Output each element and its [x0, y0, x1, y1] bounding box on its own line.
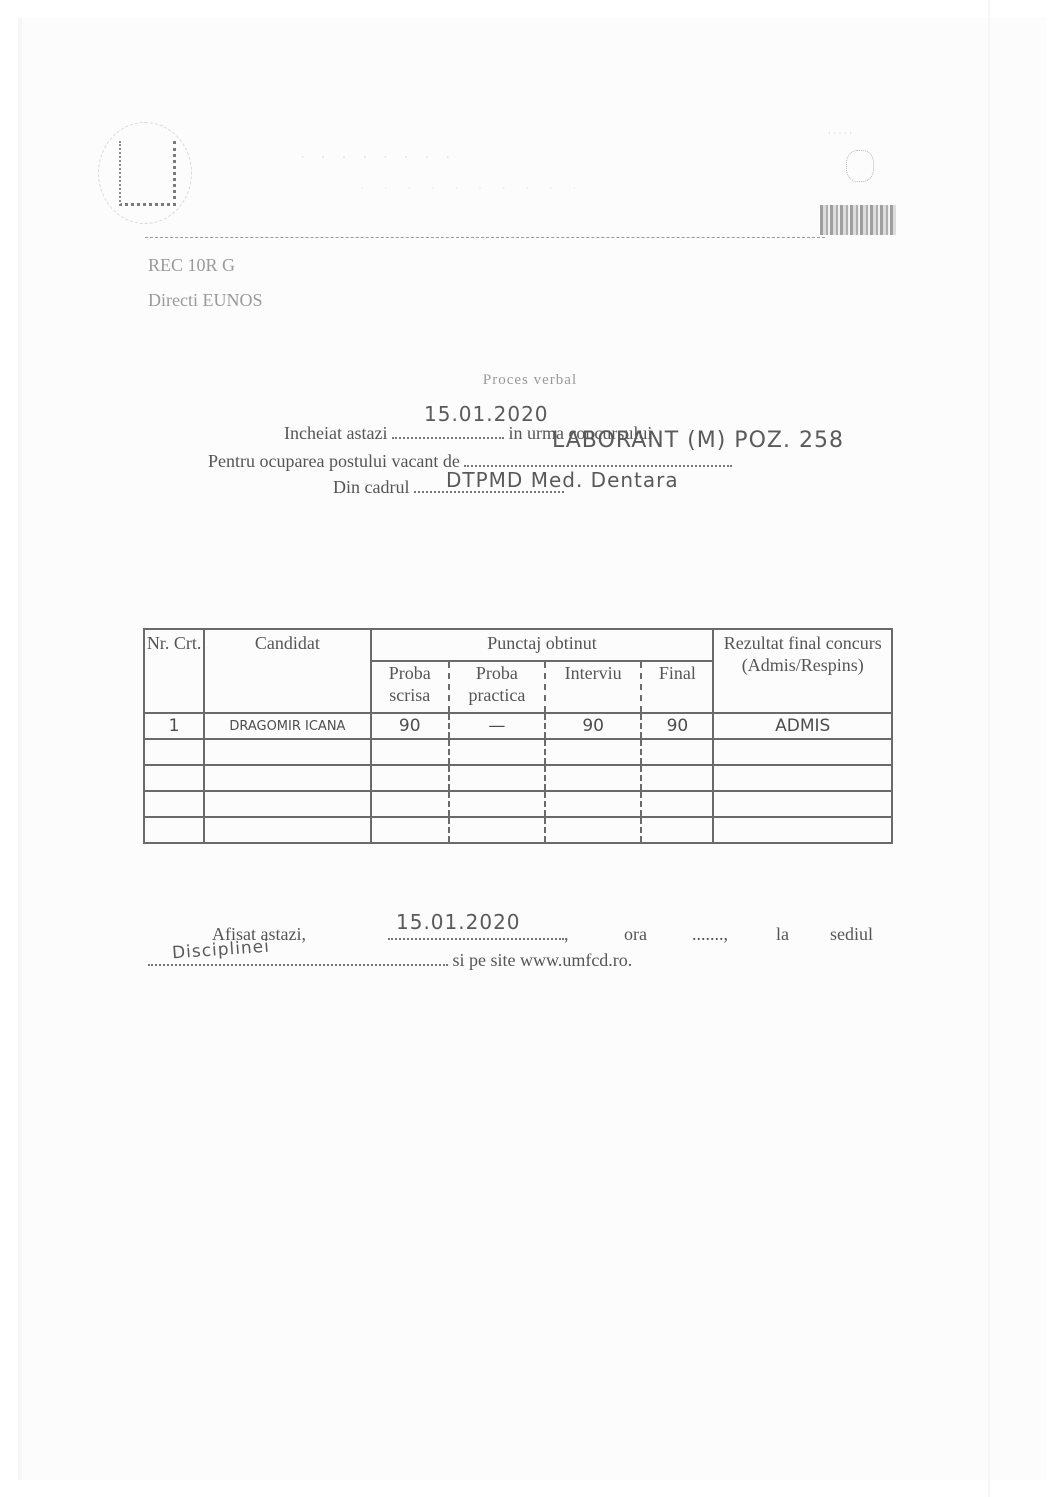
department-label: Din cadrul [333, 477, 409, 497]
row-result: ADMIS [713, 713, 892, 739]
table-row-empty [144, 817, 892, 843]
col-candidate-header: Candidat [204, 629, 370, 713]
row-candidate: DRAGOMIR ICANA [204, 713, 370, 739]
hour-value: ......., [692, 924, 728, 945]
score-group-header: Punctaj obtinut [371, 629, 714, 661]
header-subtitle: · · · · · · · · · · [360, 180, 585, 196]
at-label: la [776, 924, 789, 945]
scan-edge [988, 0, 990, 1497]
posted-date-handwritten: 15.01.2020 [396, 910, 521, 934]
position-handwritten: LABORANT (M) POZ. 258 [552, 428, 844, 453]
col-practical-header: Proba practica [449, 661, 545, 713]
university-crest-icon [98, 122, 192, 224]
header-institution-name: · · · · · · · · [300, 150, 456, 167]
concluded-label: Incheiat astazi [284, 423, 387, 443]
row-final-score: 90 [641, 713, 713, 739]
address-line-1: REC 10R G [148, 255, 235, 276]
col-interview-header: Interviu [545, 661, 641, 713]
row-practical-score: — [449, 713, 545, 739]
certification-logo-icon [846, 150, 874, 182]
document-title: Proces verbal [0, 372, 1060, 389]
site-text: si pe site www.umfcd.ro. [453, 950, 633, 970]
header-divider [145, 237, 825, 238]
seat-label: sediul [830, 924, 873, 945]
col-result-header: Rezultat final concurs (Admis/Respins) [713, 629, 892, 713]
results-table: Nr. Crt. Candidat Punctaj obtinut Rezult… [143, 628, 893, 844]
concluded-date-handwritten: 15.01.2020 [424, 402, 549, 426]
col-nr-header: Nr. Crt. [144, 629, 204, 713]
table-row-empty [144, 791, 892, 817]
table-row-empty [144, 739, 892, 765]
table-row-empty [144, 765, 892, 791]
hour-label: ora [624, 924, 647, 945]
department-handwritten: DTPMD Med. Dentara [446, 468, 679, 492]
row-interview-score: 90 [545, 713, 641, 739]
header-right-caption: · · · · · [828, 128, 852, 138]
row-written-score: 90 [371, 713, 449, 739]
table-row: 1 DRAGOMIR ICANA 90 — 90 90 ADMIS [144, 713, 892, 739]
qr-code-icon [820, 205, 896, 235]
row-nr: 1 [144, 713, 204, 739]
address-line-2: Directi EUNOS [148, 290, 262, 311]
col-written-header: Proba scrisa [371, 661, 449, 713]
col-final-header: Final [641, 661, 713, 713]
position-label: Pentru ocuparea postului vacant de [208, 451, 460, 471]
